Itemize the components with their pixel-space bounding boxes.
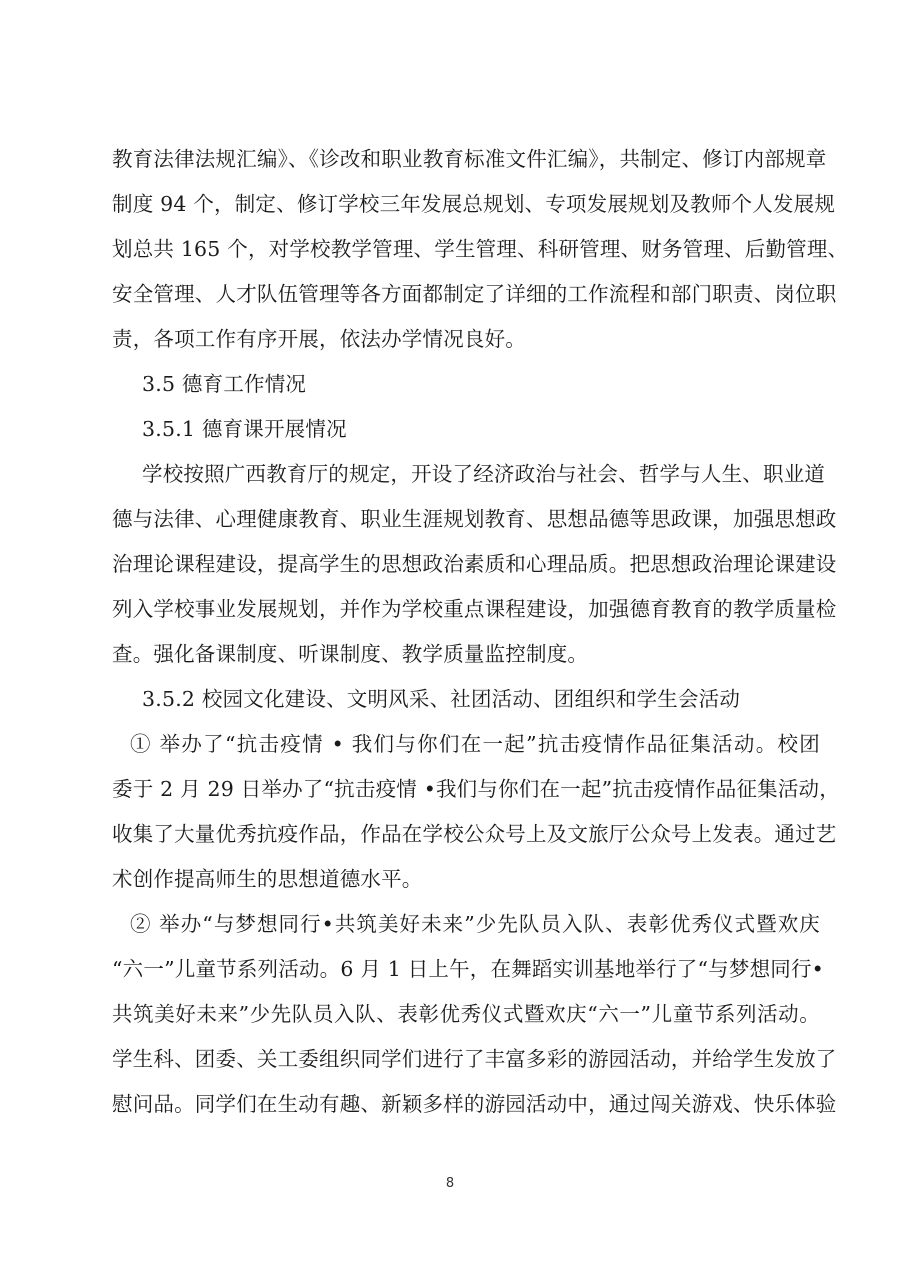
subsection-heading: 3.5.1 德育课开展情况	[142, 417, 347, 441]
paragraph-line: 德与法律、心理健康教育、职业生涯规划教育、思想品德等思政课，加强思想政	[112, 507, 820, 531]
paragraph-line: “六一”儿童节系列活动。6 月 1 日上午，在舞蹈实训基地举行了“与梦想同行•	[112, 957, 820, 981]
section-heading: 3.5 德育工作情况	[142, 372, 306, 396]
paragraph-line: 教育法律法规汇编》、《诊改和职业教育标准文件汇编》，共制定、修订内部规章	[112, 147, 820, 171]
paragraph-line: 学校按照广西教育厅的规定，开设了经济政治与社会、哲学与人生、职业道	[142, 462, 820, 486]
paragraph-line: 责，各项工作有序开展，依法办学情况良好。	[112, 327, 526, 351]
paragraph-line: 委于 2 月 29 日举办了“抗击疫情 •我们与你们在一起”抗击疫情作品征集活动…	[112, 777, 820, 801]
list-item-line: ① 举办了“抗击疫情 • 我们与你们在一起”抗击疫情作品征集活动。校团	[130, 732, 820, 756]
paragraph-line: 划总共 165 个，对学校教学管理、学生管理、科研管理、财务管理、后勤管理、	[112, 237, 820, 261]
paragraph-line: 学生科、团委、关工委组织同学们进行了丰富多彩的游园活动，并给学生发放了	[112, 1047, 820, 1071]
page-number: 8	[0, 1176, 900, 1191]
document-page: 教育法律法规汇编》、《诊改和职业教育标准文件汇编》，共制定、修订内部规章 制度 …	[0, 0, 900, 1273]
paragraph-line: 治理论课程建设，提高学生的思想政治素质和心理品质。把思想政治理论课建设	[112, 552, 820, 576]
paragraph-line: 安全管理、人才队伍管理等各方面都制定了详细的工作流程和部门职责、岗位职	[112, 282, 820, 306]
paragraph-line: 查。强化备课制度、听课制度、教学质量监控制度。	[112, 642, 588, 666]
paragraph-line: 制度 94 个，制定、修订学校三年发展总规划、专项发展规划及教师个人发展规	[112, 192, 820, 216]
list-item-line: ② 举办“与梦想同行•共筑美好未来”少先队员入队、表彰优秀仪式暨欢庆	[130, 912, 820, 936]
paragraph-line: 术创作提高师生的思想道德水平。	[112, 867, 423, 891]
subsection-heading: 3.5.2 校园文化建设、文明风采、社团活动、团组织和学生会活动	[142, 687, 740, 711]
paragraph-line: 共筑美好未来”少先队员入队、表彰优秀仪式暨欢庆“六一”儿童节系列活动。	[112, 1002, 820, 1026]
paragraph-line: 慰问品。同学们在生动有趣、新颖多样的游园活动中，通过闯关游戏、快乐体验	[112, 1092, 820, 1116]
paragraph-line: 收集了大量优秀抗疫作品，作品在学校公众号上及文旅厅公众号上发表。通过艺	[112, 822, 820, 846]
paragraph-line: 列入学校事业发展规划，并作为学校重点课程建设，加强德育教育的教学质量检	[112, 597, 820, 621]
